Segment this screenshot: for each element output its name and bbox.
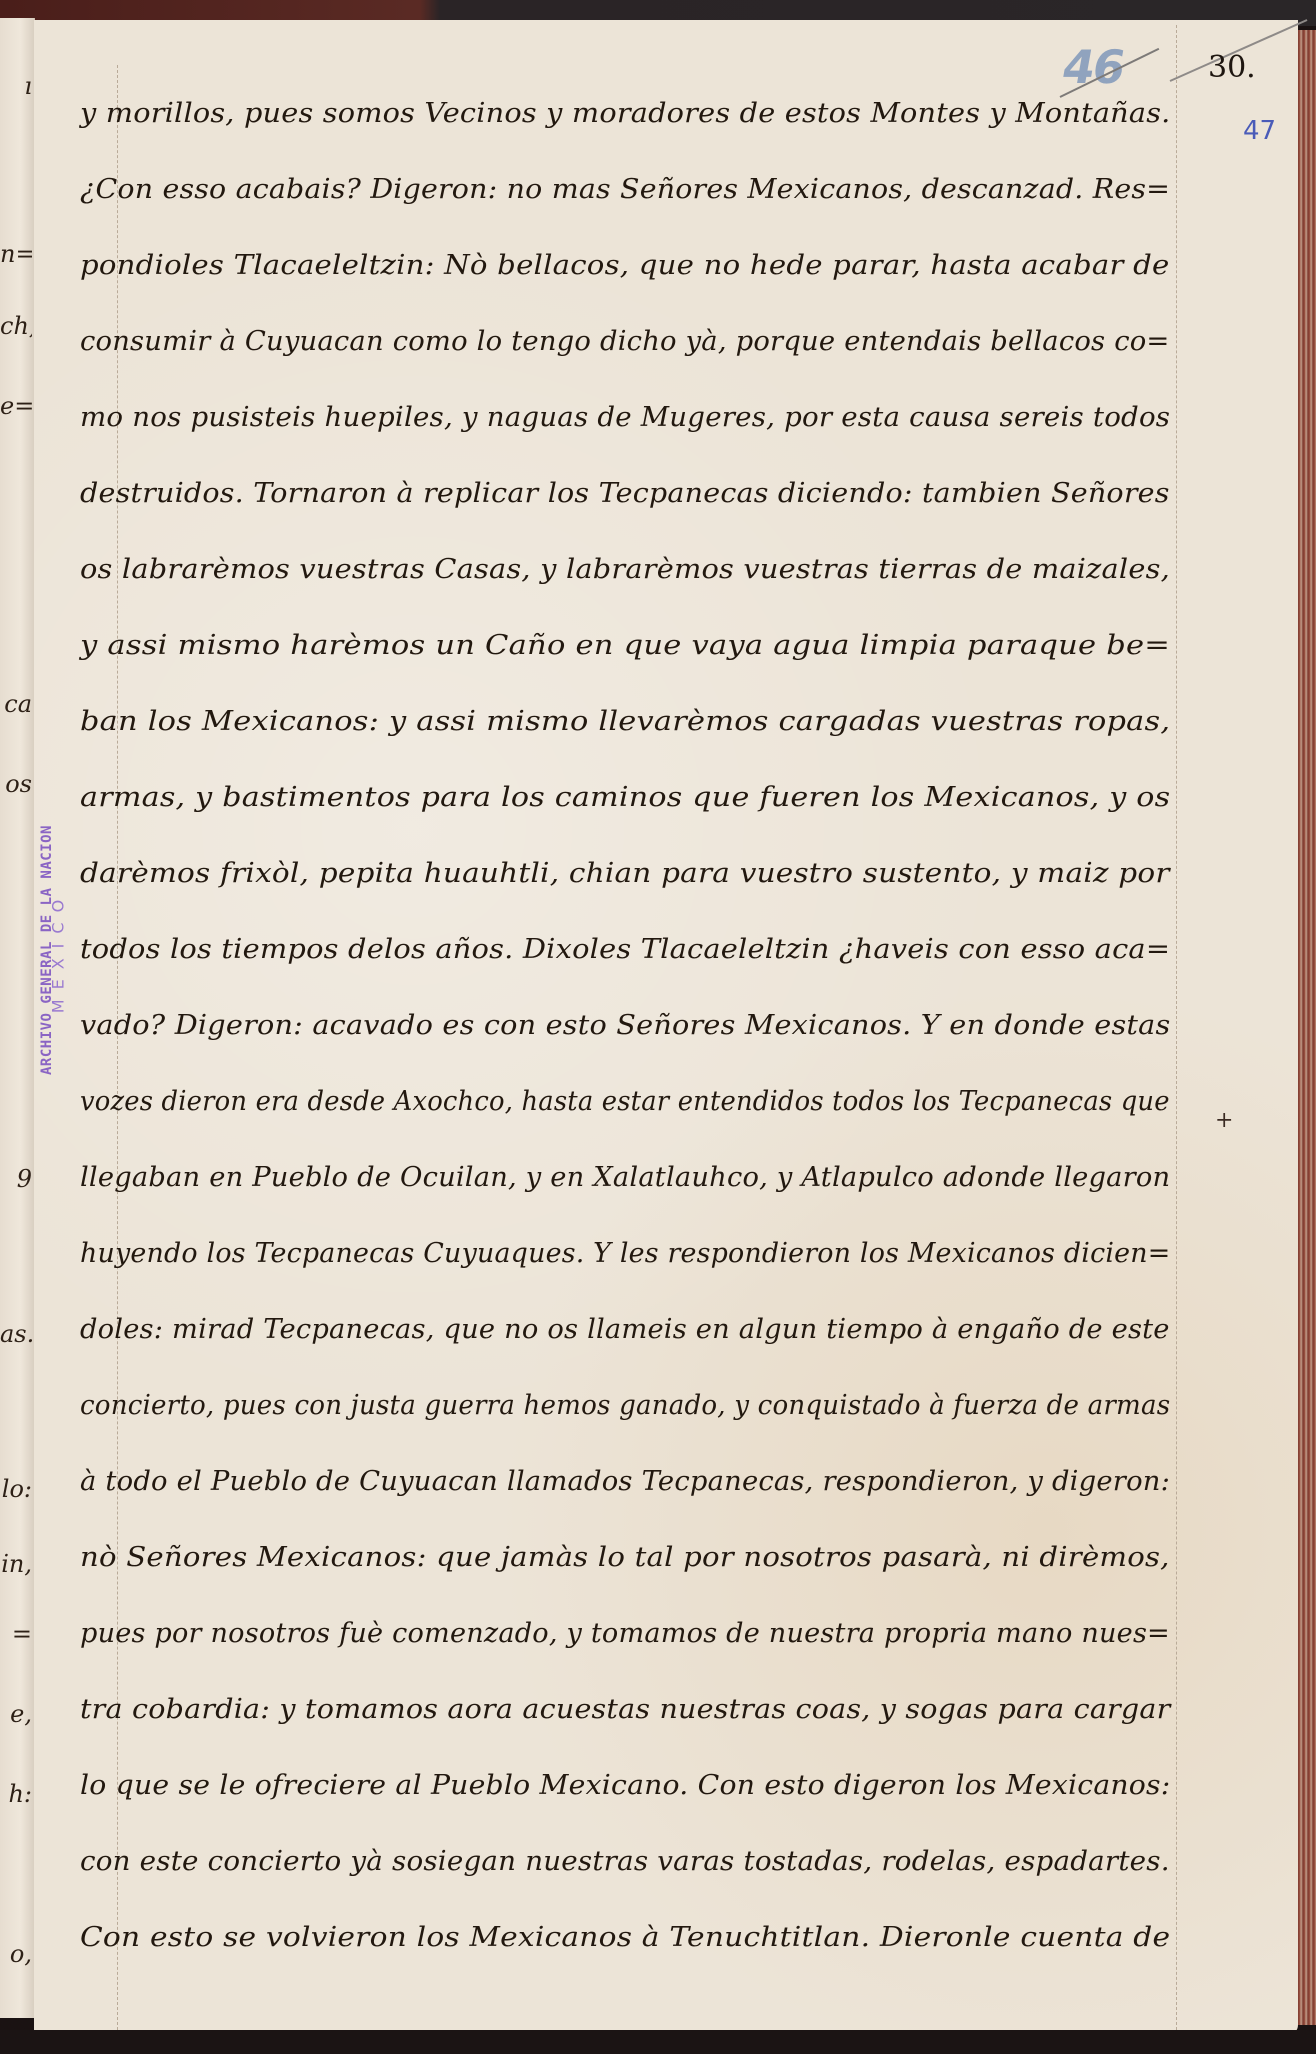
book-binding-bottom <box>0 2030 1316 2054</box>
stamp-country: MEXICO <box>49 872 68 1032</box>
left-page-fragment: lo: <box>0 1475 32 1503</box>
text-line: con este concierto yà sosiegan nuestras … <box>80 1846 1170 1877</box>
left-page-fragment: o, <box>0 1940 32 1968</box>
text-line: pondioles Tlacaeleltzin: Nò bellacos, qu… <box>80 250 1169 281</box>
text-line: os labrarèmos vuestras Casas, y labrarèm… <box>80 554 1170 585</box>
text-line: consumir à Cuyuacan como lo tengo dicho … <box>80 326 1170 357</box>
text-line: tra cobardia: y tomamos aora acuestas nu… <box>80 1694 1170 1725</box>
text-line: Con esto se volvieron los Mexicanos à Te… <box>80 1922 1170 1953</box>
text-line: darèmos frixòl, pepita huauhtli, chian p… <box>80 858 1170 889</box>
text-line: lo que se le ofreciere al Pueblo Mexican… <box>80 1770 1170 1801</box>
left-page-fragment: = <box>0 1620 32 1648</box>
margin-rule-right <box>1176 25 1177 2054</box>
left-page-fragment: n= <box>0 240 32 268</box>
text-line: mo nos pusisteis huepiles, y naguas de M… <box>80 402 1170 433</box>
left-page-fragment: ch, <box>0 312 32 340</box>
left-page-fragment: ca <box>0 690 32 718</box>
margin-cross-mark: + <box>1215 1108 1233 1133</box>
left-page-fragment: os <box>0 770 32 798</box>
left-page-fragment: 9 <box>0 1165 32 1193</box>
text-line: nò Señores Mexicanos: que jamàs lo tal p… <box>80 1542 1170 1573</box>
text-line: pues por nosotros fuè comenzado, y tomam… <box>80 1618 1170 1649</box>
text-line: huyendo los Tecpanecas Cuyuaques. Y les … <box>80 1238 1170 1269</box>
text-line: destruidos. Tornaron à replicar los Tecp… <box>80 478 1170 509</box>
left-page-fragment: as. <box>0 1320 32 1348</box>
left-page-fragment: in, <box>0 1550 32 1578</box>
text-line: vado? Digeron: acavado es con esto Señor… <box>80 1010 1170 1041</box>
text-line: concierto, pues con justa guerra hemos g… <box>80 1390 1170 1421</box>
text-line: ¿Con esso acabais? Digeron: no mas Señor… <box>80 174 1170 205</box>
text-line: armas, y bastimentos para los caminos qu… <box>80 782 1170 813</box>
text-line: y assi mismo harèmos un Caño en que vaya… <box>80 630 1170 661</box>
left-page-fragment: e= <box>0 392 32 420</box>
text-line: todos los tiempos delos años. Dixoles Tl… <box>80 934 1170 965</box>
text-line: à todo el Pueblo de Cuyuacan llamados Te… <box>80 1466 1170 1497</box>
text-line: y morillos, pues somos Vecinos y morador… <box>80 98 1170 129</box>
left-page-fragment: h: <box>0 1780 32 1808</box>
text-line: llegaban en Pueblo de Ocuilan, y en Xala… <box>80 1162 1170 1193</box>
left-page-fragment: ı <box>0 72 32 100</box>
text-line: doles: mirad Tecpanecas, que no os llame… <box>80 1314 1170 1345</box>
margin-rule-left <box>117 65 118 2054</box>
ink-page-number: 47 <box>1243 116 1276 146</box>
text-line: ban los Mexicanos: y assi mismo llevarèm… <box>80 706 1170 737</box>
folio-number: 30. <box>1208 50 1256 85</box>
text-line: vozes dieron era desde Axochco, hasta es… <box>80 1086 1170 1117</box>
page-edge-stack <box>1298 30 1316 2025</box>
left-page-fragment: e, <box>0 1700 32 1728</box>
archive-stamp: ARCHIVO GENERAL DE LA NACION MEXICO <box>30 820 60 1090</box>
